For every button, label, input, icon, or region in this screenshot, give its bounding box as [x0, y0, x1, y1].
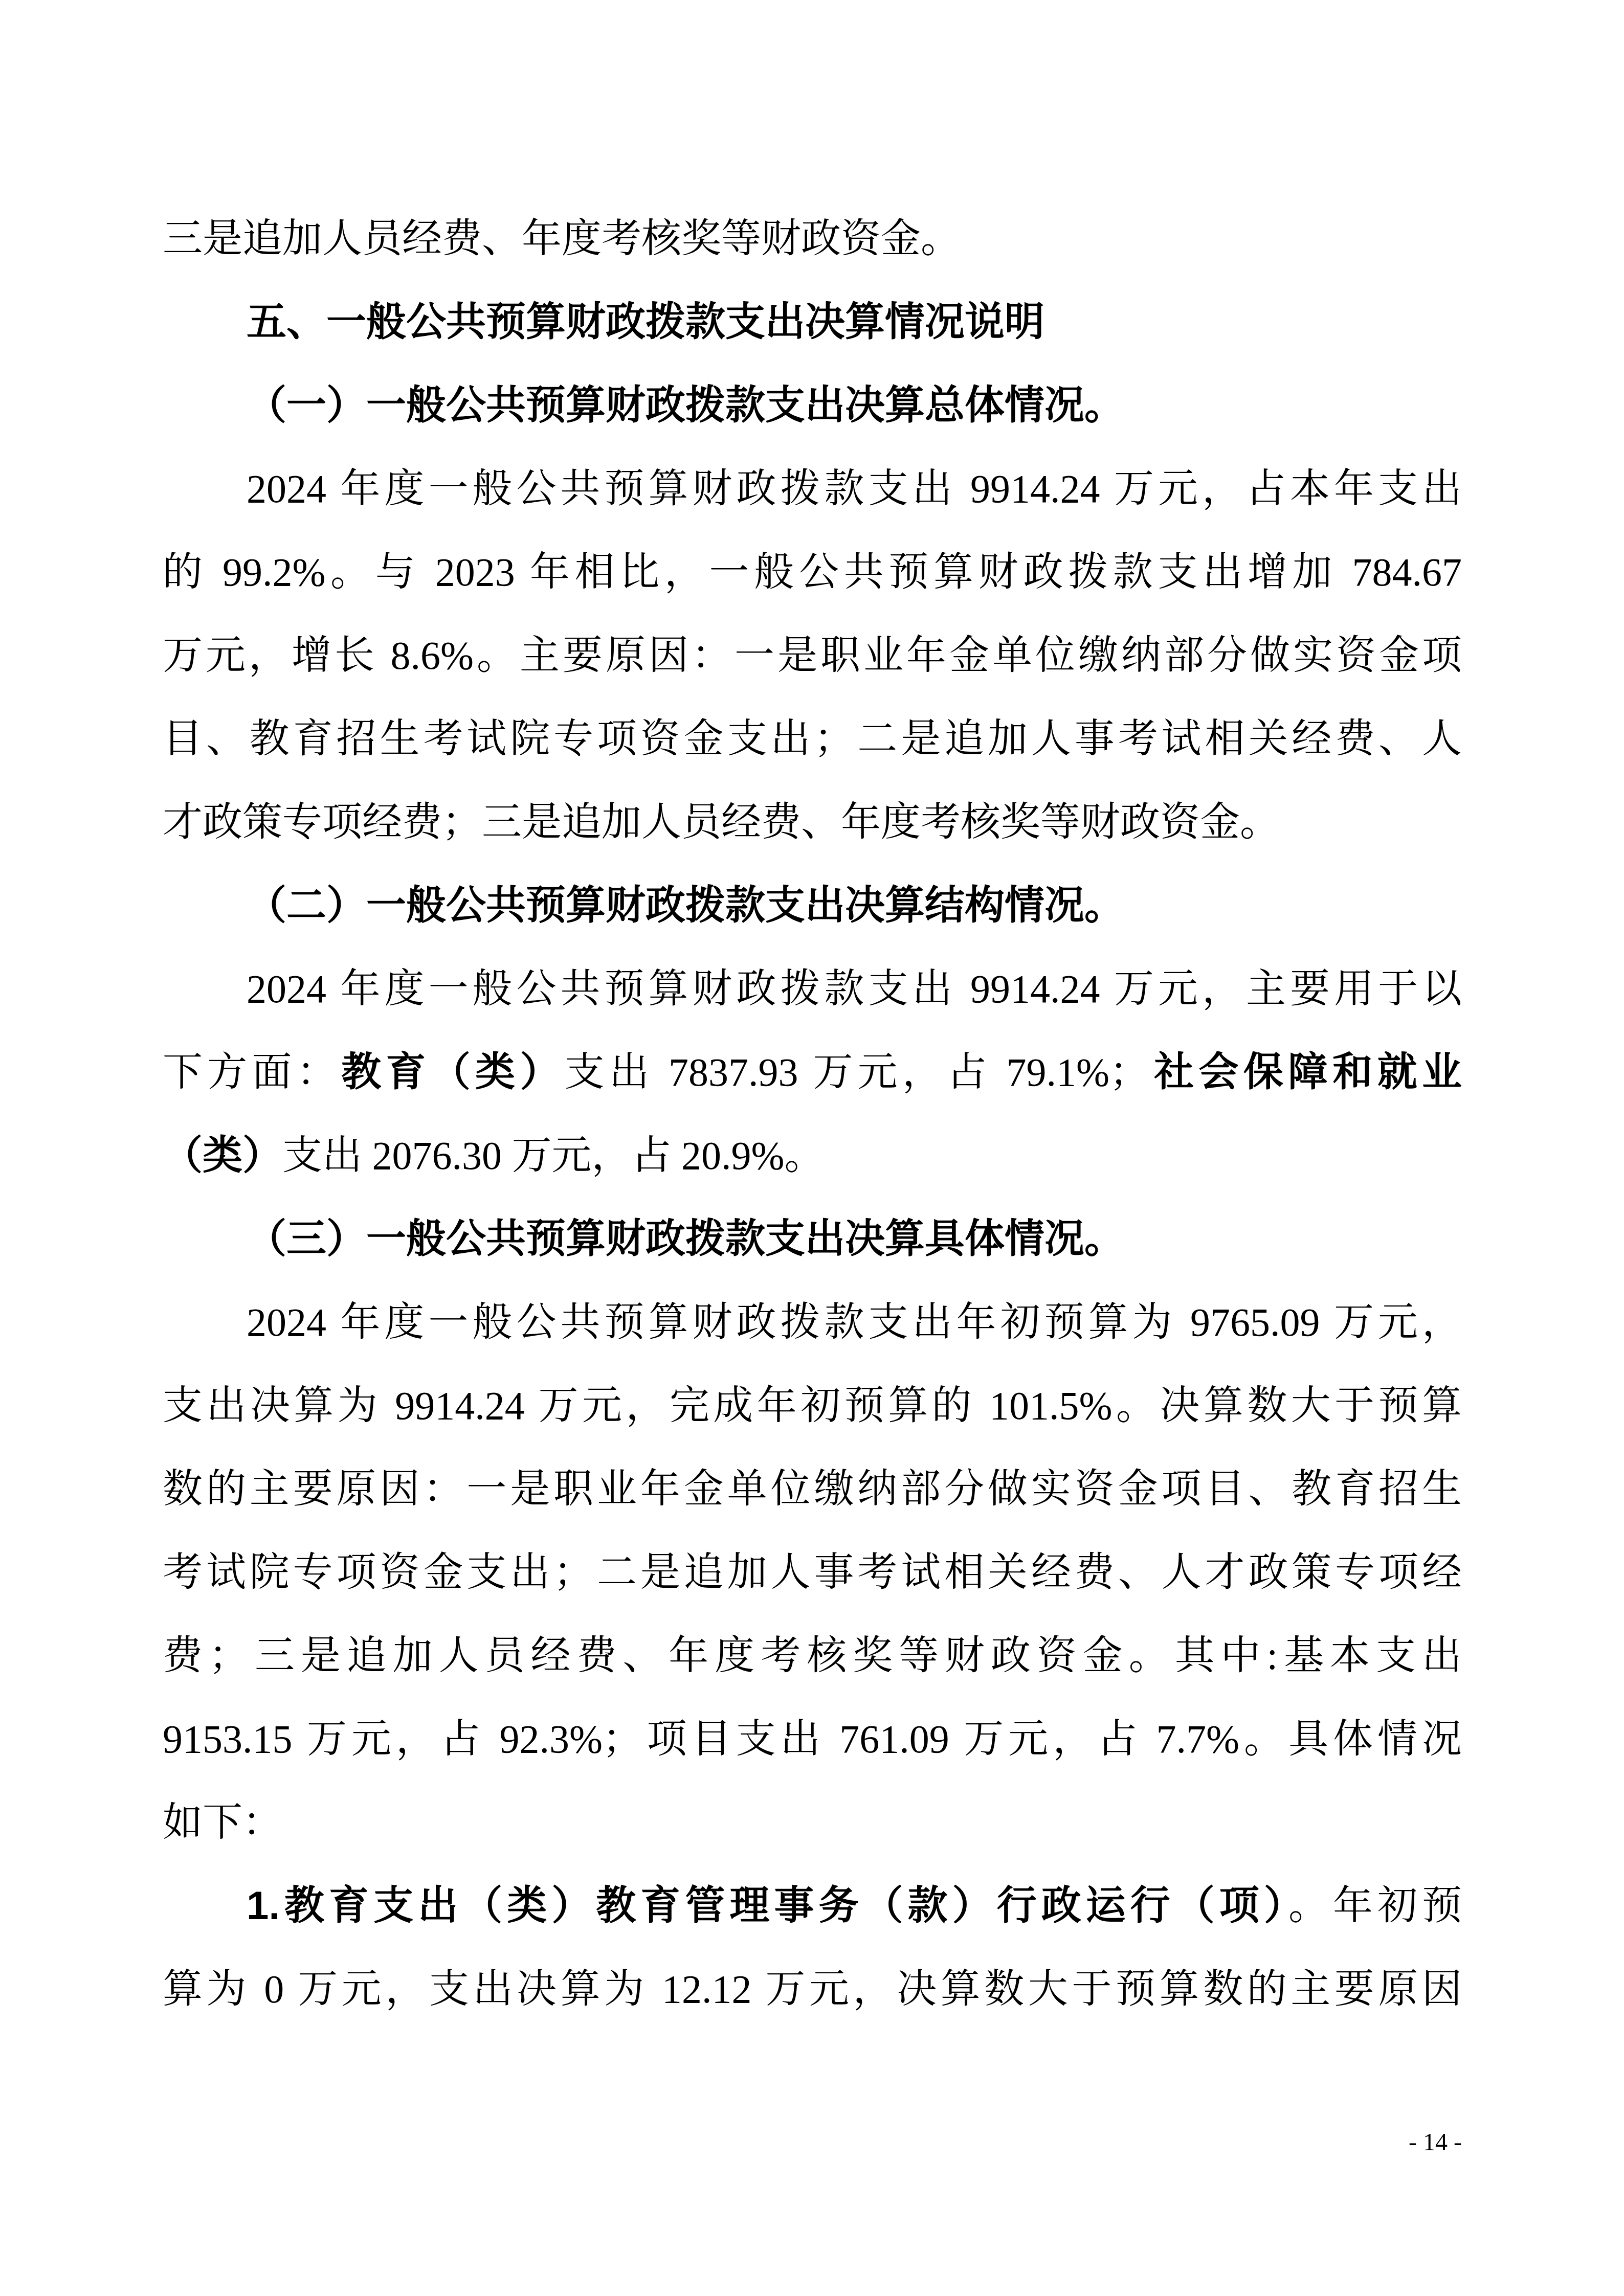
text-segment: 数的主要原因：一是职业年金单位缴纳部分做实资金项目、教育招生 [163, 1467, 1462, 1511]
text-segment: 。年初预 [1288, 1883, 1462, 1928]
text-segment: 如下： [163, 1800, 282, 1844]
text-segment: 三是追加人员经费、年度考核奖等财政资金。 [163, 216, 961, 261]
document-page: { "doc": { "lines": [ ["三是追加人员经费、年度考核奖等财… [0, 0, 1624, 2296]
paragraph-line: 算为 0 万元，支出决算为 12.12 万元，决算数大于预算数的主要原因 [163, 1947, 1462, 2031]
text-segment: 的 99.2%。与 2023 年相比，一般公共预算财政拨款支出增加 784.67 [163, 550, 1462, 594]
paragraph-line: 费；三是追加人员经费、年度考核奖等财政资金。其中:基本支出 [163, 1614, 1462, 1697]
text-segment: 支出决算为 9914.24 万元，完成年初预算的 101.5%。决算数大于预算 [163, 1383, 1462, 1428]
text-segment: 算为 0 万元，支出决算为 12.12 万元，决算数大于预算数的主要原因 [163, 1967, 1462, 2011]
paragraph-line: 9153.15 万元，占 92.3%；项目支出 761.09 万元，占 7.7%… [163, 1697, 1462, 1781]
page-number-text: - 14 - [1409, 2129, 1462, 2156]
paragraph-line: （类）支出 2076.30 万元，占 20.9%。 [163, 1114, 1462, 1197]
text-segment: 目、教育招生考试院专项资金支出；二是追加人事考试相关经费、人 [163, 716, 1462, 761]
emphasis-segment: 教育（类） [341, 1049, 565, 1094]
text-segment: 费；三是追加人员经费、年度考核奖等财政资金。其中:基本支出 [163, 1633, 1462, 1678]
text-segment: 2024 年度一般公共预算财政拨款支出 9914.24 万元，主要用于以 [247, 966, 1462, 1011]
item-1-heading-line: 1.教育支出（类）教育管理事务（款）行政运行（项）。年初预 [163, 1864, 1462, 1947]
emphasis-segment: 社会保障和就业 [1149, 1049, 1462, 1094]
subsection-heading-1: （一）一般公共预算财政拨款支出决算总体情况。 [163, 364, 1462, 447]
subsection-heading-3: （三）一般公共预算财政拨款支出决算具体情况。 [163, 1197, 1462, 1280]
text-segment: 9153.15 万元，占 92.3%；项目支出 761.09 万元，占 7.7%… [163, 1717, 1462, 1761]
text-segment: 下方面： [163, 1050, 341, 1094]
paragraph-line: 考试院专项资金支出；二是追加人事考试相关经费、人才政策专项经 [163, 1530, 1462, 1614]
paragraph-line: 如下： [163, 1781, 1462, 1864]
paragraph-line: 2024 年度一般公共预算财政拨款支出年初预算为 9765.09 万元， [163, 1280, 1462, 1364]
text-segment: 支出 2076.30 万元，占 20.9%。 [282, 1133, 824, 1178]
emphasis-segment: 1.教育支出（类）教育管理事务（款）行政运行（项） [247, 1883, 1288, 1928]
paragraph-line: 的 99.2%。与 2023 年相比，一般公共预算财政拨款支出增加 784.67 [163, 530, 1462, 614]
paragraph-line: 才政策专项经费；三是追加人员经费、年度考核奖等财政资金。 [163, 780, 1462, 864]
heading-text: 五、一般公共预算财政拨款支出决算情况说明 [247, 299, 1044, 344]
subsection-heading-2: （二）一般公共预算财政拨款支出决算结构情况。 [163, 864, 1462, 947]
text-segment: 2024 年度一般公共预算财政拨款支出年初预算为 9765.09 万元， [247, 1300, 1462, 1344]
emphasis-segment: （类） [163, 1133, 282, 1178]
paragraph-line: 2024 年度一般公共预算财政拨款支出 9914.24 万元，占本年支出 [163, 447, 1462, 530]
paragraph-line: 支出决算为 9914.24 万元，完成年初预算的 101.5%。决算数大于预算 [163, 1364, 1462, 1447]
text-segment: 支出 7837.93 万元，占 79.1%； [565, 1050, 1149, 1094]
paragraph-line: 2024 年度一般公共预算财政拨款支出 9914.24 万元，主要用于以 [163, 947, 1462, 1030]
paragraph-line: 下方面：教育（类）支出 7837.93 万元，占 79.1%；社会保障和就业 [163, 1030, 1462, 1114]
heading-text: （一）一般公共预算财政拨款支出决算总体情况。 [247, 382, 1124, 427]
text-segment: 才政策专项经费；三是追加人员经费、年度考核奖等财政资金。 [163, 800, 1280, 844]
document-body: 三是追加人员经费、年度考核奖等财政资金。 五、一般公共预算财政拨款支出决算情况说… [163, 197, 1462, 2031]
section-heading-5: 五、一般公共预算财政拨款支出决算情况说明 [163, 280, 1462, 364]
page-number: - 14 - [1409, 2127, 1462, 2158]
paragraph-line: 数的主要原因：一是职业年金单位缴纳部分做实资金项目、教育招生 [163, 1447, 1462, 1530]
heading-text: （二）一般公共预算财政拨款支出决算结构情况。 [247, 883, 1124, 928]
heading-text: （三）一般公共预算财政拨款支出决算具体情况。 [247, 1216, 1124, 1261]
text-segment: 考试院专项资金支出；二是追加人事考试相关经费、人才政策专项经 [163, 1550, 1462, 1594]
paragraph-line: 万元，增长 8.6%。主要原因：一是职业年金单位缴纳部分做实资金项 [163, 614, 1462, 697]
text-segment: 2024 年度一般公共预算财政拨款支出 9914.24 万元，占本年支出 [247, 466, 1462, 511]
text-segment: 万元，增长 8.6%。主要原因：一是职业年金单位缴纳部分做实资金项 [163, 633, 1462, 678]
paragraph-line: 目、教育招生考试院专项资金支出；二是追加人事考试相关经费、人 [163, 697, 1462, 780]
paragraph-continuation-line: 三是追加人员经费、年度考核奖等财政资金。 [163, 197, 1462, 280]
